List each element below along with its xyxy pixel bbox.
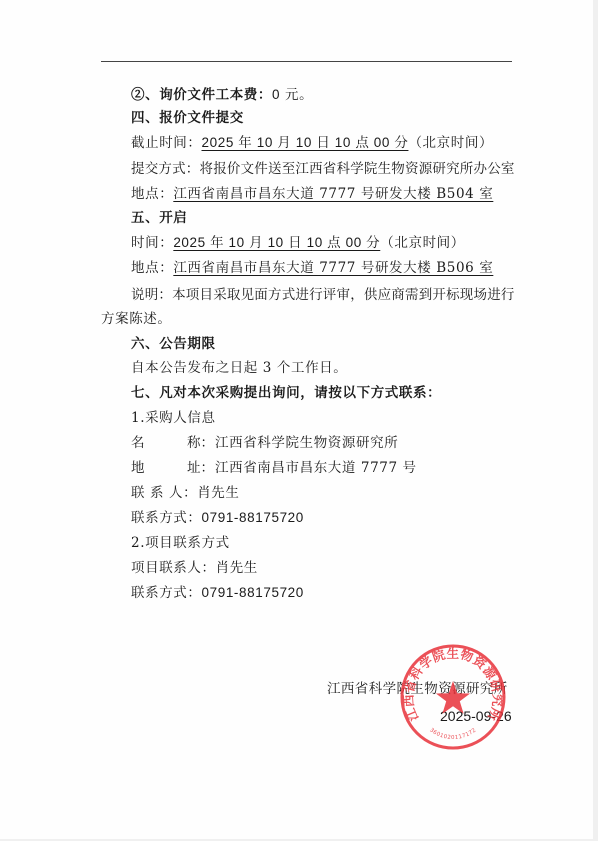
purchaser-heading: 1.采购人信息 xyxy=(131,409,216,427)
purchaser-phone-value: 0791-88175720 xyxy=(202,510,304,525)
submit-location-label: 地点： xyxy=(131,186,173,202)
open-location-label: 地点： xyxy=(131,260,173,276)
open-location-line: 地点：江西省南昌市昌东大道 7777 号研发大楼 B506 室 xyxy=(131,259,493,277)
project-contact-value: 肖先生 xyxy=(216,560,258,576)
stamp-code: 3601020117172 xyxy=(428,727,477,741)
purchaser-name-line: 名称：江西省科学院生物资源研究所 xyxy=(131,434,398,452)
fee-value: 0 xyxy=(272,87,280,102)
submit-method-line: 提交方式：将报价文件送至江西省科学院生物资源研究所办公室 xyxy=(131,160,515,178)
open-time-value: 2025 年 10 月 10 日 10 点 00 分 xyxy=(173,235,380,250)
purchaser-contact-value: 肖先生 xyxy=(197,485,239,501)
purchaser-phone-label: 联系方式： xyxy=(131,510,202,526)
purchaser-phone-line: 联系方式：0791-88175720 xyxy=(131,509,304,527)
signature-date: 2025-09-26 xyxy=(440,707,512,725)
note-line-1: 说明：本项目采取见面方式进行评审，供应商需到开标现场进行 xyxy=(131,286,515,304)
purchaser-address-label-b: 址： xyxy=(187,460,214,476)
purchaser-address-value: 江西省南昌市昌东大道 7777 号 xyxy=(215,460,417,476)
project-heading: 2.项目联系方式 xyxy=(131,534,230,552)
purchaser-address-label-a: 地 xyxy=(131,459,187,477)
deadline-suffix: （北京时间） xyxy=(408,135,493,151)
fee-label: ②、询价文件工本费： xyxy=(131,87,272,103)
purchaser-contact-label: 联 系 人： xyxy=(131,485,197,501)
submit-location-value: 江西省南昌市昌东大道 7777 号研发大楼 B504 室 xyxy=(173,186,493,202)
announcement-period: 自本公告发布之日起 3 个工作日。 xyxy=(131,359,347,377)
open-time-line: 时间：2025 年 10 月 10 日 10 点 00 分（北京时间） xyxy=(131,234,465,252)
project-phone-value: 0791-88175720 xyxy=(202,585,304,600)
project-contact-label: 项目联系人： xyxy=(131,560,216,576)
purchaser-address-label: 地址： xyxy=(131,459,215,477)
open-time-suffix: （北京时间） xyxy=(380,235,465,251)
fee-suffix: 元。 xyxy=(280,87,313,103)
project-contact-line: 项目联系人：肖先生 xyxy=(131,559,258,577)
fee-line: ②、询价文件工本费：0 元。 xyxy=(131,86,313,104)
svg-text:3601020117172: 3601020117172 xyxy=(428,727,477,741)
purchaser-name-label: 名称： xyxy=(131,434,215,452)
purchaser-name-label-a: 名 xyxy=(131,434,187,452)
purchaser-name-value: 江西省科学院生物资源研究所 xyxy=(215,435,398,451)
project-phone-line: 联系方式：0791-88175720 xyxy=(131,584,304,602)
deadline-line: 截止时间：2025 年 10 月 10 日 10 点 00 分（北京时间） xyxy=(131,134,493,152)
section-4-title: 四、报价文件提交 xyxy=(131,109,244,127)
purchaser-name-label-b: 称： xyxy=(187,435,214,451)
open-location-value: 江西省南昌市昌东大道 7777 号研发大楼 B506 室 xyxy=(173,260,493,276)
document-page: ②、询价文件工本费：0 元。 四、报价文件提交 截止时间：2025 年 10 月… xyxy=(0,0,593,839)
open-time-label: 时间： xyxy=(131,235,173,251)
signature-organization: 江西省科学院生物资源研究所 xyxy=(327,680,508,698)
deadline-label: 截止时间： xyxy=(131,135,202,151)
submit-location-line: 地点：江西省南昌市昌东大道 7777 号研发大楼 B504 室 xyxy=(131,185,493,203)
deadline-value: 2025 年 10 月 10 日 10 点 00 分 xyxy=(202,135,409,150)
note-line-2: 方案陈述。 xyxy=(101,310,172,328)
purchaser-contact-line: 联 系 人：肖先生 xyxy=(131,484,240,502)
header-divider xyxy=(101,61,512,62)
purchaser-address-line: 地址：江西省南昌市昌东大道 7777 号 xyxy=(131,459,417,477)
section-6-title: 六、公告期限 xyxy=(131,335,216,353)
project-phone-label: 联系方式： xyxy=(131,585,202,601)
section-5-title: 五、开启 xyxy=(131,209,187,227)
section-7-title: 七、凡对本次采购提出询问，请按以下方式联系： xyxy=(131,384,441,402)
